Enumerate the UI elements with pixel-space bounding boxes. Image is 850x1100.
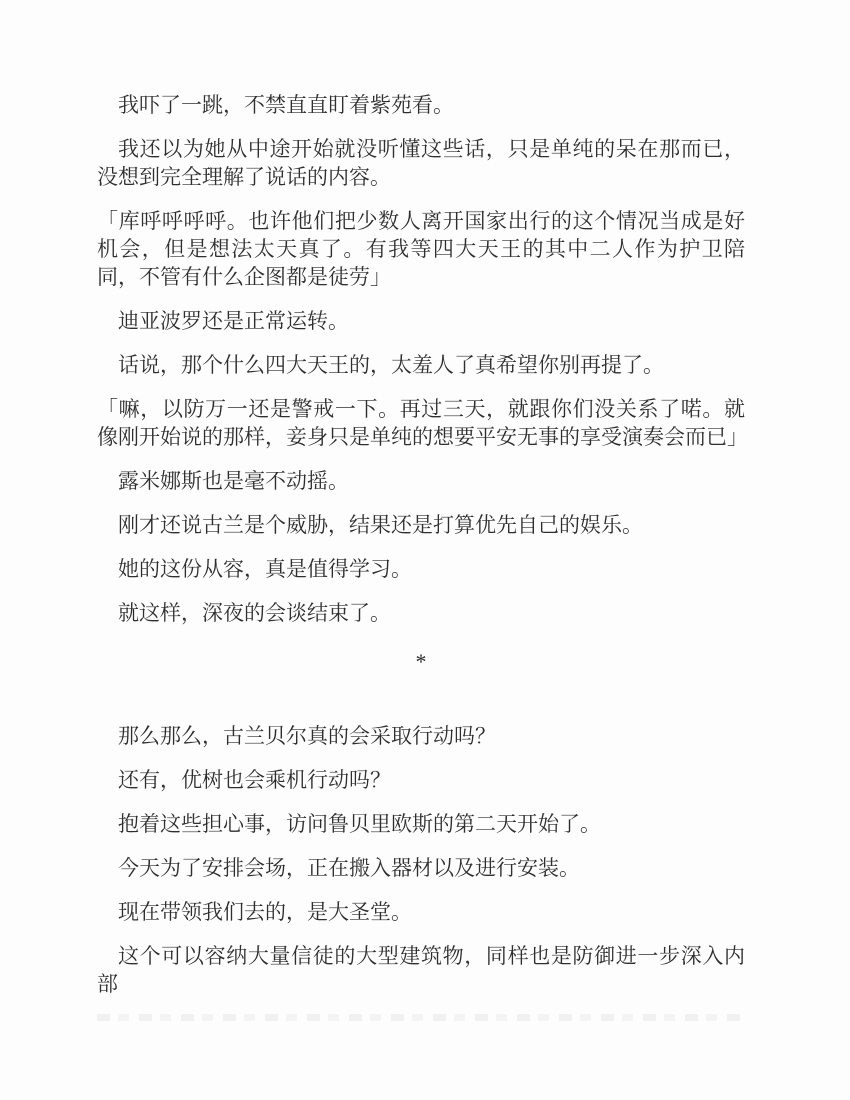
paragraph: 我吓了一跳，不禁直直盯着紫苑看。 (97, 91, 745, 119)
paragraph: 那么那么，古兰贝尔真的会采取行动吗？ (97, 722, 745, 750)
paragraph: 话说，那个什么四大天王的，太羞人了真希望你别再提了。 (97, 351, 745, 379)
paragraph: 露米娜斯也是毫不动摇。 (97, 467, 745, 495)
section-separator: * (97, 648, 745, 676)
paragraph: 我还以为她从中途开始就没听懂这些话，只是单纯的呆在那而已，没想到完全理解了说话的… (97, 135, 745, 191)
paragraph: 「库呼呼呼呼。也许他们把少数人离开国家出行的这个情况当成是好机会，但是想法太天真… (97, 207, 745, 291)
paragraph: 还有，优树也会乘机行动吗？ (97, 766, 745, 794)
paragraph: 现在带领我们去的，是大圣堂。 (97, 898, 745, 926)
paragraph: 这个可以容纳大量信徒的大型建筑物，同样也是防御进一步深入内部 (97, 942, 745, 998)
paragraph: 「嘛，以防万一还是警戒一下。再过三天，就跟你们没关系了喏。就像刚开始说的那样，妾… (97, 395, 745, 451)
paragraph: 她的这份从容，真是值得学习。 (97, 555, 745, 583)
paragraph: 就这样，深夜的会谈结束了。 (97, 599, 745, 627)
paragraph: 刚才还说古兰是个威胁，结果还是打算优先自己的娱乐。 (97, 511, 745, 539)
page: 我吓了一跳，不禁直直盯着紫苑看。我还以为她从中途开始就没听懂这些话，只是单纯的呆… (0, 0, 850, 1100)
paragraph: 抱着这些担心事，访问鲁贝里欧斯的第二天开始了。 (97, 810, 745, 838)
text-column: 我吓了一跳，不禁直直盯着紫苑看。我还以为她从中途开始就没听懂这些话，只是单纯的呆… (0, 0, 850, 1100)
paragraph: 今天为了安排会场，正在搬入器材以及进行安装。 (97, 854, 745, 882)
clipped-next-line (97, 1014, 745, 1021)
paragraph: 迪亚波罗还是正常运转。 (97, 307, 745, 335)
